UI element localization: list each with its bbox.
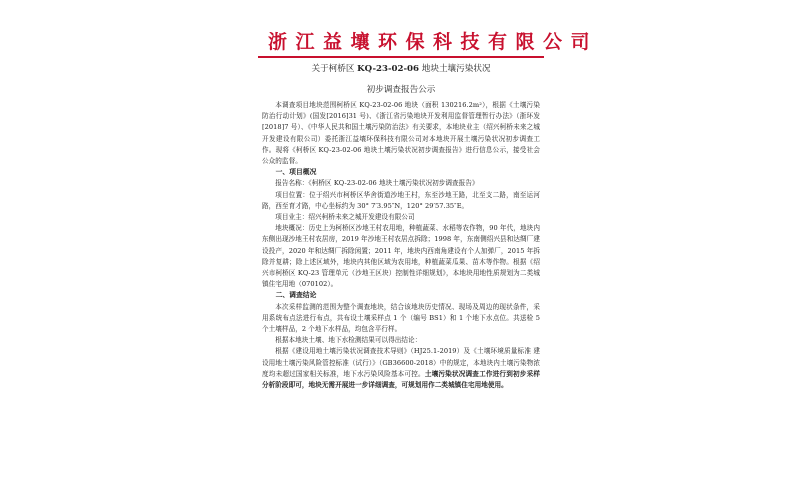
site-overview: 地块概况：历史上为柯桥区沙地王村农用地，种植蔬菜、水稻等农作物，90 年代，地块…: [262, 223, 540, 290]
title-suffix: 地块土壤污染状况: [419, 64, 490, 74]
document-subtitle: 初步调查报告公示: [262, 84, 540, 96]
header-divider: [258, 56, 544, 58]
title-code: KQ-23-02-06: [357, 64, 419, 74]
report-name: 报告名称：《柯桥区 KQ-23-02-06 地块土壤污染状况初步调查报告》: [262, 178, 540, 189]
section-heading-conclusion: 二、调查结论: [262, 290, 540, 301]
project-owner: 项目业主：绍兴柯桥未来之城开发建设有限公司: [262, 212, 540, 223]
title-prefix: 关于柯桥区: [311, 64, 357, 74]
project-location: 项目位置：位于绍兴市柯桥区华舍街道沙地王村，东至沙地王路，北至支二路，南至运河路…: [262, 190, 540, 212]
conclusion-lead: 根据本地块土壤、地下水检测结果可以得出结论：: [262, 335, 540, 346]
conclusion-paragraph: 根据《建设用地土壤污染状况调查技术导则》（HJ25.1-2019）及《土壤环境质…: [262, 346, 540, 391]
section-heading-overview: 一、项目概况: [262, 167, 540, 178]
document-page: 浙江益壤环保科技有限公司 关于柯桥区 KQ-23-02-06 地块土壤污染状况 …: [262, 30, 540, 391]
company-name: 浙江益壤环保科技有限公司: [268, 30, 540, 54]
intro-paragraph: 本调查项目地块范围柯桥区 KQ-23-02-06 地块（面积 130216.2m…: [262, 100, 540, 167]
document-title: 关于柯桥区 KQ-23-02-06 地块土壤污染状况: [262, 63, 540, 75]
sampling-paragraph: 本次采样监测的范围为整个调查地块，结合该地块历史情况、现场及周边的现状条件，采用…: [262, 302, 540, 336]
